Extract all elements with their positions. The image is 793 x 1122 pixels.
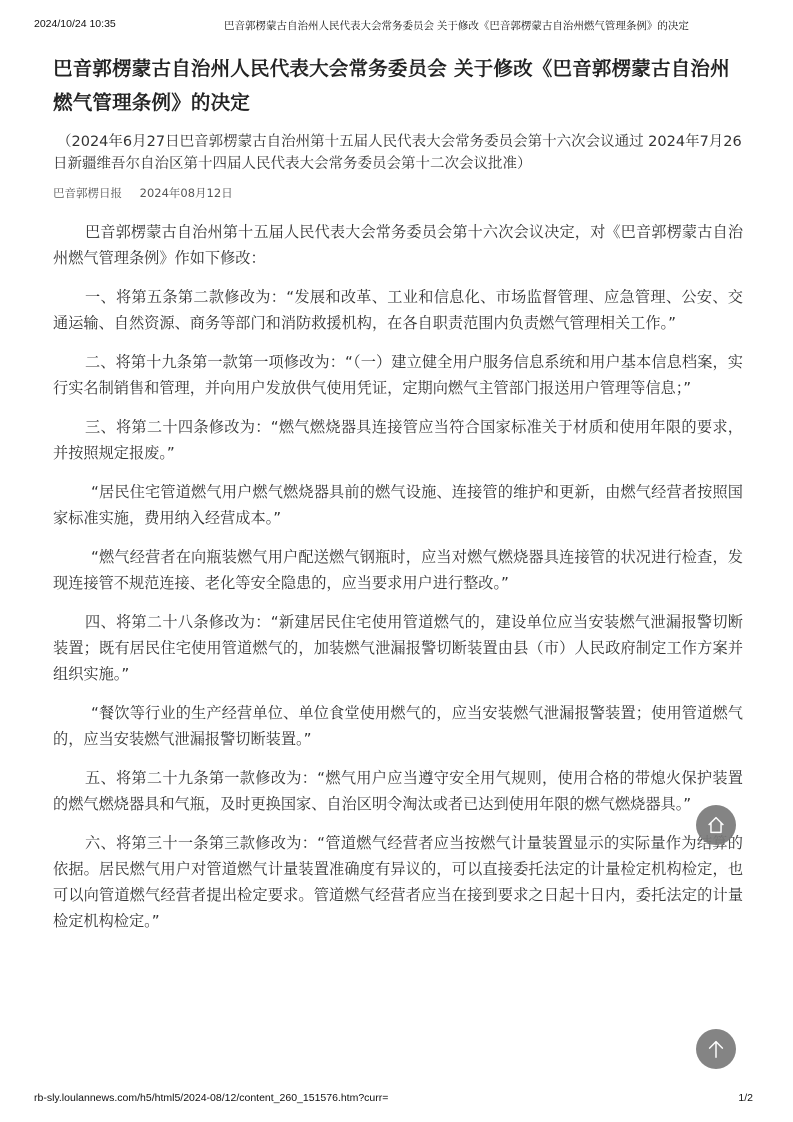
home-button[interactable]	[696, 805, 736, 845]
paragraph: 四、将第二十八条修改为：“新建居民住宅使用管道燃气的，建设单位应当安装燃气泄漏报…	[53, 609, 743, 687]
article-source: 巴音郭楞日报	[53, 186, 122, 200]
article-title: 巴音郭楞蒙古自治州人民代表大会常务委员会 关于修改《巴音郭楞蒙古自治州燃气管理条…	[53, 52, 743, 120]
article-date: 2024年08月12日	[140, 186, 233, 200]
article: 巴音郭楞蒙古自治州人民代表大会常务委员会 关于修改《巴音郭楞蒙古自治州燃气管理条…	[53, 52, 743, 947]
article-subtitle: （2024年6月27日巴音郭楞蒙古自治州第十五届人民代表大会常务委员会第十六次会…	[53, 131, 743, 175]
print-header: 2024/10/24 10:35 巴音郭楞蒙古自治州人民代表大会常务委员会 关于…	[34, 18, 759, 34]
article-meta: 巴音郭楞日报 2024年08月12日	[53, 185, 743, 201]
paragraph: 三、将第二十四条修改为：“燃气燃烧器具连接管应当符合国家标准关于材质和使用年限的…	[53, 414, 743, 466]
paragraph: 一、将第五条第二款修改为：“发展和改革、工业和信息化、市场监督管理、应急管理、公…	[53, 284, 743, 336]
print-footer: rb-sly.loulannews.com/h5/html5/2024-08/1…	[34, 1092, 759, 1108]
paragraph: 六、将第三十一条第三款修改为：“管道燃气经营者应当按燃气计量装置显示的实际量作为…	[53, 830, 743, 934]
paragraph: 二、将第十九条第一款第一项修改为：“（一）建立健全用户服务信息系统和用户基本信息…	[53, 349, 743, 401]
paragraph: 五、将第二十九条第一款修改为：“燃气用户应当遵守安全用气规则，使用合格的带熄火保…	[53, 765, 743, 817]
paragraph: “餐饮等行业的生产经营单位、单位食堂使用燃气的，应当安装燃气泄漏报警装置；使用管…	[53, 700, 743, 752]
back-to-top-button[interactable]	[696, 1029, 736, 1069]
print-url: rb-sly.loulannews.com/h5/html5/2024-08/1…	[34, 1092, 388, 1104]
print-page-title: 巴音郭楞蒙古自治州人民代表大会常务委员会 关于修改《巴音郭楞蒙古自治州燃气管理条…	[224, 18, 689, 33]
arrow-up-icon	[705, 1038, 727, 1060]
article-body: 巴音郭楞蒙古自治州第十五届人民代表大会常务委员会第十六次会议决定，对《巴音郭楞蒙…	[53, 219, 743, 934]
paragraph: “燃气经营者在向瓶装燃气用户配送燃气钢瓶时，应当对燃气燃烧器具连接管的状况进行检…	[53, 544, 743, 596]
page-number: 1/2	[738, 1092, 753, 1104]
paragraph: 巴音郭楞蒙古自治州第十五届人民代表大会常务委员会第十六次会议决定，对《巴音郭楞蒙…	[53, 219, 743, 271]
home-icon	[705, 814, 727, 836]
paragraph: “居民住宅管道燃气用户燃气燃烧器具前的燃气设施、连接管的维护和更新，由燃气经营者…	[53, 479, 743, 531]
print-timestamp: 2024/10/24 10:35	[34, 18, 116, 30]
